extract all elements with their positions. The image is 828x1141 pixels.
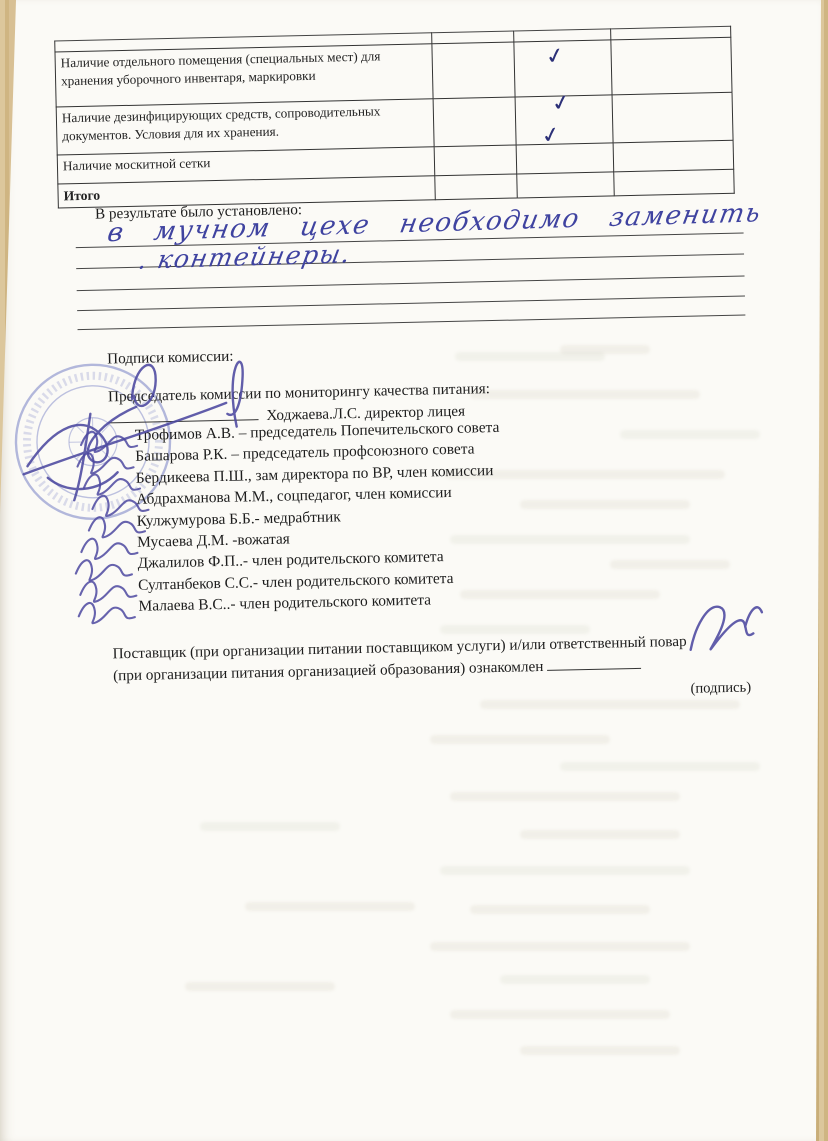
commission-members-list: Трофимов А.В. – председатель Попечительс… bbox=[135, 417, 504, 618]
row-label: Наличие отдельного помещения (специальны… bbox=[55, 44, 433, 107]
ruled-line bbox=[78, 315, 746, 331]
supplier-acknowledgement: Поставщик (при организации питании поста… bbox=[112, 629, 785, 687]
handwritten-finding-line2: . контейнеры. bbox=[136, 239, 354, 275]
row-label: Наличие дезинфицирующих средств, сопрово… bbox=[56, 99, 434, 155]
footer-signature-blank bbox=[547, 653, 641, 670]
footer-line2: (при организации питания организацией об… bbox=[113, 658, 544, 684]
chairman-signature-blank bbox=[108, 405, 258, 423]
ruled-line bbox=[77, 276, 745, 292]
inspection-checklist-table: Наличие отдельного помещения (специальны… bbox=[54, 26, 735, 209]
document-content: Наличие отдельного помещения (специальны… bbox=[0, 0, 828, 1141]
ruled-line bbox=[77, 296, 745, 312]
member-signature-squiggle bbox=[79, 602, 135, 624]
member-signature-squiggle bbox=[76, 559, 132, 581]
scanned-document-page: { "document": { "table": { "rows": [ {"t… bbox=[0, 0, 828, 1141]
member-signature-squiggle bbox=[81, 538, 137, 560]
member-signature-squiggle bbox=[80, 581, 136, 603]
signature-caption: (подпись) bbox=[690, 679, 751, 697]
signatures-heading: Подписи комиссии: bbox=[107, 348, 234, 369]
paper-sheet: Наличие отдельного помещения (специальны… bbox=[0, 0, 828, 1141]
